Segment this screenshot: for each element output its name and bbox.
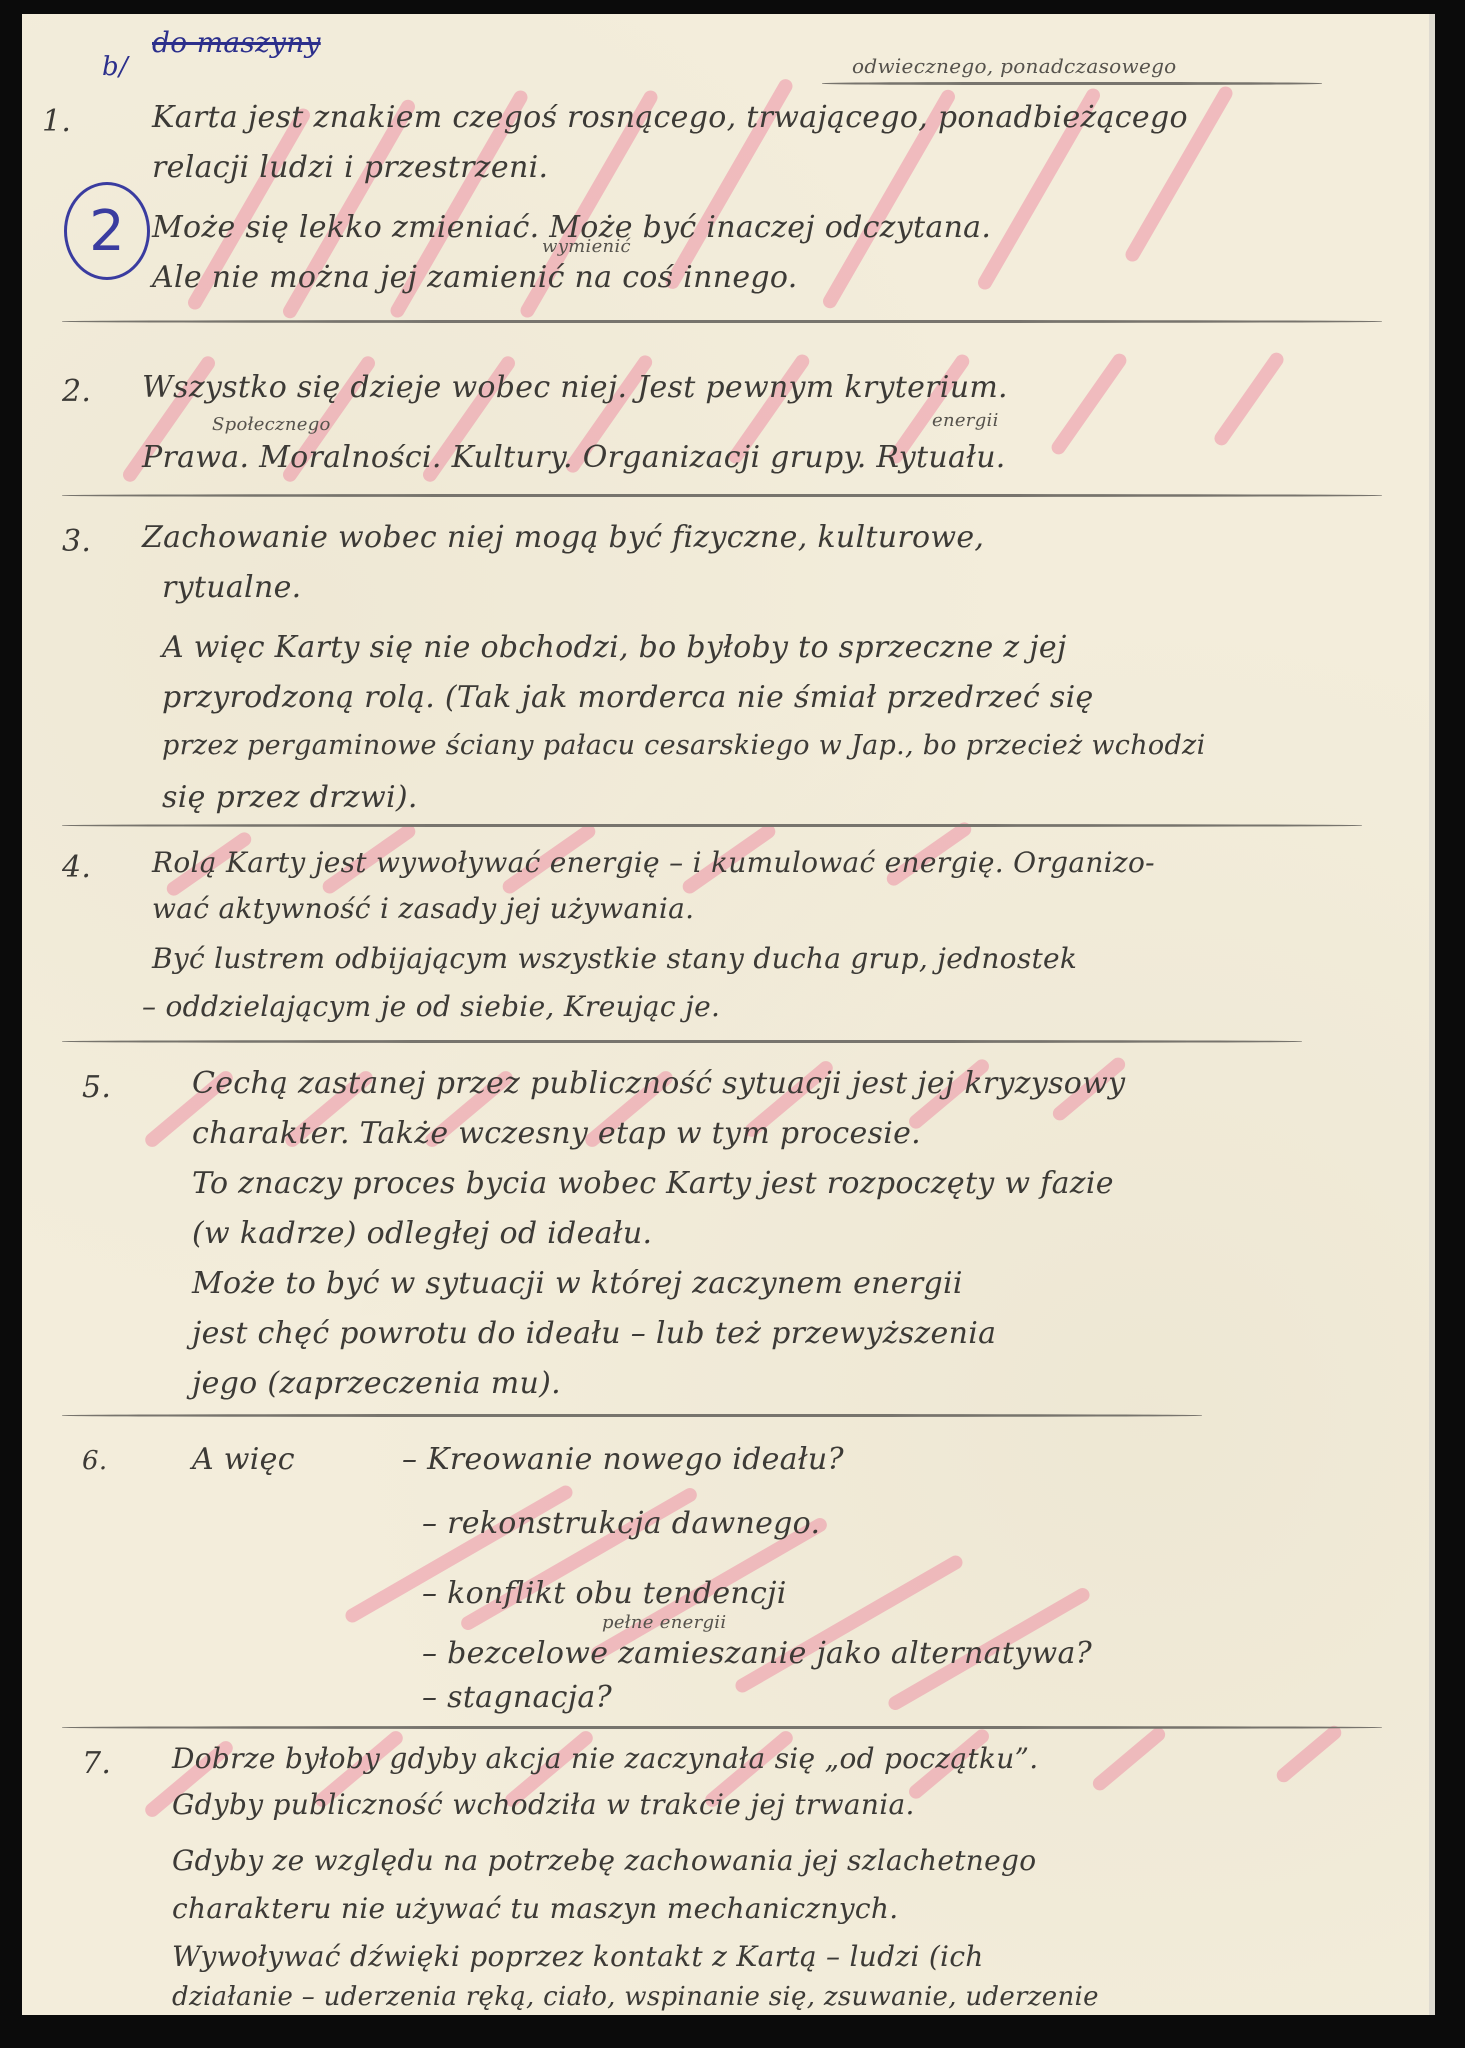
section-number: 7. [82,1746,111,1781]
document-page: b/ do maszyny 2 odwiecznego, ponadczasow… [22,14,1435,2015]
struck-header-note: do maszyny [152,26,321,59]
section-line: działanie – uderzenia ręką, ciało, wspin… [172,1982,1099,2012]
section-number: 1. [42,104,71,139]
list-item: – rekonstrukcja dawnego. [422,1506,820,1541]
section-line: Ale nie można jej zamienić na coś innego… [152,260,798,295]
section-line: charakter. Także wczesny etap w tym proc… [192,1116,921,1151]
section-line: rytualne. [162,570,301,605]
section-line: To znaczy proces bycia wobec Karty jest … [192,1166,1114,1201]
section-line: (w kadrze) odległej od ideału. [192,1216,652,1251]
section-line: A więc Karty się nie obchodzi, bo byłoby… [162,630,1067,665]
section-line: jest chęć powrotu do ideału – lub też pr… [192,1316,996,1351]
section-line: relacji ludzi i przestrzeni. [152,150,548,185]
section-line: charakteru nie używać tu maszyn mechanic… [172,1892,898,1925]
interlinear-annotation: Społecznego [212,414,331,435]
list-item: – Kreowanie nowego ideału? [402,1442,844,1477]
section-number: 6. [82,1446,107,1476]
section-line: Rolą Karty jest wywoływać energię – i ku… [152,846,1155,879]
section-divider [62,494,1382,497]
interlinear-annotation: pełne energii [602,1612,726,1633]
section-line: Być lustrem odbijającym wszystkie stany … [152,942,1077,975]
section-line: Wszystko się dzieje wobec niej. Jest pew… [142,370,1008,405]
section-line: – oddzielającym je od siebie, Kreując je… [142,990,720,1023]
section-line: Zachowanie wobec niej mogą być fizyczne,… [142,520,984,555]
section-line: przez pergaminowe ściany pałacu cesarski… [162,730,1206,761]
section-divider [62,824,1362,827]
list-item: – bezcelowe zamieszanie jako alternatywa… [422,1636,1092,1671]
page-number: 2 [89,199,125,264]
insertion-underline [822,82,1322,85]
page-number-circled: 2 [64,182,150,280]
insertion-top-right: odwiecznego, ponadczasowego [852,54,1177,78]
section-divider [62,1040,1302,1043]
section-number: 4. [62,850,91,885]
section-line: Wywoływać dźwięki poprzez kontakt z Kart… [172,1940,984,1973]
interlinear-annotation: wymienić [542,236,631,257]
section-divider [62,1726,1382,1729]
section-line: Cechą zastanej przez publiczność sytuacj… [192,1066,1125,1101]
section-line: wać aktywność i zasady jej używania. [152,892,694,925]
interlinear-annotation: energii [932,410,999,431]
section-divider [62,1414,1202,1417]
section-number: 5. [82,1070,111,1105]
section-divider [62,320,1382,323]
section-line: Dobrze byłoby gdyby akcja nie zaczynała … [172,1742,1038,1775]
section-line: Może to być w sytuacji w której zaczynem… [192,1266,963,1301]
section-line: Gdyby publiczność wchodziła w trakcie je… [172,1788,915,1821]
section-lead: A więc [192,1442,295,1477]
section-line: Gdyby ze względu na potrzebę zachowania … [172,1844,1036,1877]
list-item: – konflikt obu tendencji [422,1576,787,1611]
section-number: 3. [62,524,91,559]
section-line: Prawa. Moralności. Kultury. Organizacji … [142,440,1006,475]
section-line: jego (zaprzeczenia mu). [192,1366,561,1401]
section-line: przyrodzoną rolą. (Tak jak morderca nie … [162,680,1094,715]
section-number: 2. [62,374,91,409]
section-line: Karta jest znakiem czegoś rosnącego, trw… [152,100,1188,135]
section-line: się przez drzwi). [162,780,418,815]
list-item: – stagnacja? [422,1680,612,1715]
header-marker: b/ [102,52,128,82]
